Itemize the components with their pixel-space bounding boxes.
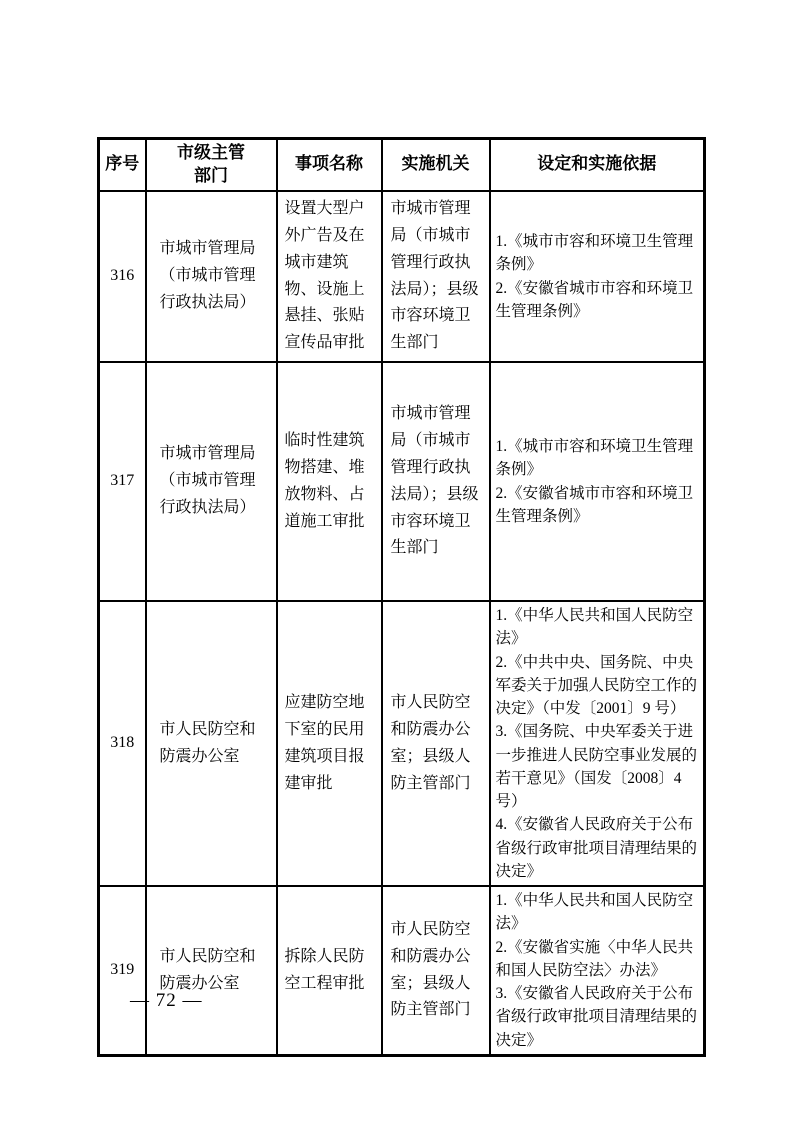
cell-item-name: 拆除人民防空工程审批 — [277, 886, 382, 1055]
col-header-item-name: 事项名称 — [277, 139, 382, 191]
cell-seq: 318 — [99, 601, 146, 886]
cell-seq: 317 — [99, 362, 146, 601]
cell-agency: 市城市管理局（市城市管理行政执法局）；县级市容环境卫生部门 — [382, 362, 490, 601]
cell-item-name: 临时性建筑物搭建、堆放物料、占道施工审批 — [277, 362, 382, 601]
cell-department: 市人民防空和防震办公室 — [146, 886, 277, 1055]
header-row: 序号 市级主管 部门 事项名称 实施机关 设定和实施依据 — [99, 139, 705, 191]
col-header-agency: 实施机关 — [382, 139, 490, 191]
cell-seq: 319 — [99, 886, 146, 1055]
col-header-department: 市级主管 部门 — [146, 139, 277, 191]
col-header-basis: 设定和实施依据 — [490, 139, 705, 191]
table-row-318: 318 市人民防空和防震办公室 应建防空地下室的民用建筑项目报建审批 市人民防空… — [99, 601, 705, 886]
col-header-seq: 序号 — [99, 139, 146, 191]
table-row-316: 316 市城市管理局（市城市管理行政执法局） 设置大型户外广告及在城市建筑物、设… — [99, 191, 705, 362]
cell-basis: 1.《城市市容和环境卫生管理条例》 2.《安徽省城市市容和环境卫生管理条例》 — [490, 191, 705, 362]
cell-item-name: 应建防空地下室的民用建筑项目报建审批 — [277, 601, 382, 886]
cell-basis: 1.《中华人民共和国人民防空法》 2.《安徽省实施〈中华人民共和国人民防空法〉办… — [490, 886, 705, 1055]
page-number: — 72 — — [130, 990, 203, 1012]
cell-department: 市城市管理局（市城市管理行政执法局） — [146, 191, 277, 362]
cell-department: 市城市管理局（市城市管理行政执法局） — [146, 362, 277, 601]
cell-department: 市人民防空和防震办公室 — [146, 601, 277, 886]
approval-items-table: 序号 市级主管 部门 事项名称 实施机关 设定和实施依据 316 市城市管理局（… — [97, 137, 706, 1057]
document-page: 序号 市级主管 部门 事项名称 实施机关 设定和实施依据 316 市城市管理局（… — [0, 0, 793, 1122]
table-row-317: 317 市城市管理局（市城市管理行政执法局） 临时性建筑物搭建、堆放物料、占道施… — [99, 362, 705, 601]
cell-agency: 市人民防空和防震办公室；县级人防主管部门 — [382, 601, 490, 886]
cell-basis: 1.《中华人民共和国人民防空法》 2.《中共中央、国务院、中央军委关于加强人民防… — [490, 601, 705, 886]
cell-basis: 1.《城市市容和环境卫生管理条例》 2.《安徽省城市市容和环境卫生管理条例》 — [490, 362, 705, 601]
cell-seq: 316 — [99, 191, 146, 362]
cell-item-name: 设置大型户外广告及在城市建筑物、设施上悬挂、张贴宣传品审批 — [277, 191, 382, 362]
table-row-319: 319 市人民防空和防震办公室 拆除人民防空工程审批 市人民防空和防震办公室；县… — [99, 886, 705, 1055]
cell-agency: 市城市管理局（市城市管理行政执法局）；县级市容环境卫生部门 — [382, 191, 490, 362]
cell-agency: 市人民防空和防震办公室；县级人防主管部门 — [382, 886, 490, 1055]
